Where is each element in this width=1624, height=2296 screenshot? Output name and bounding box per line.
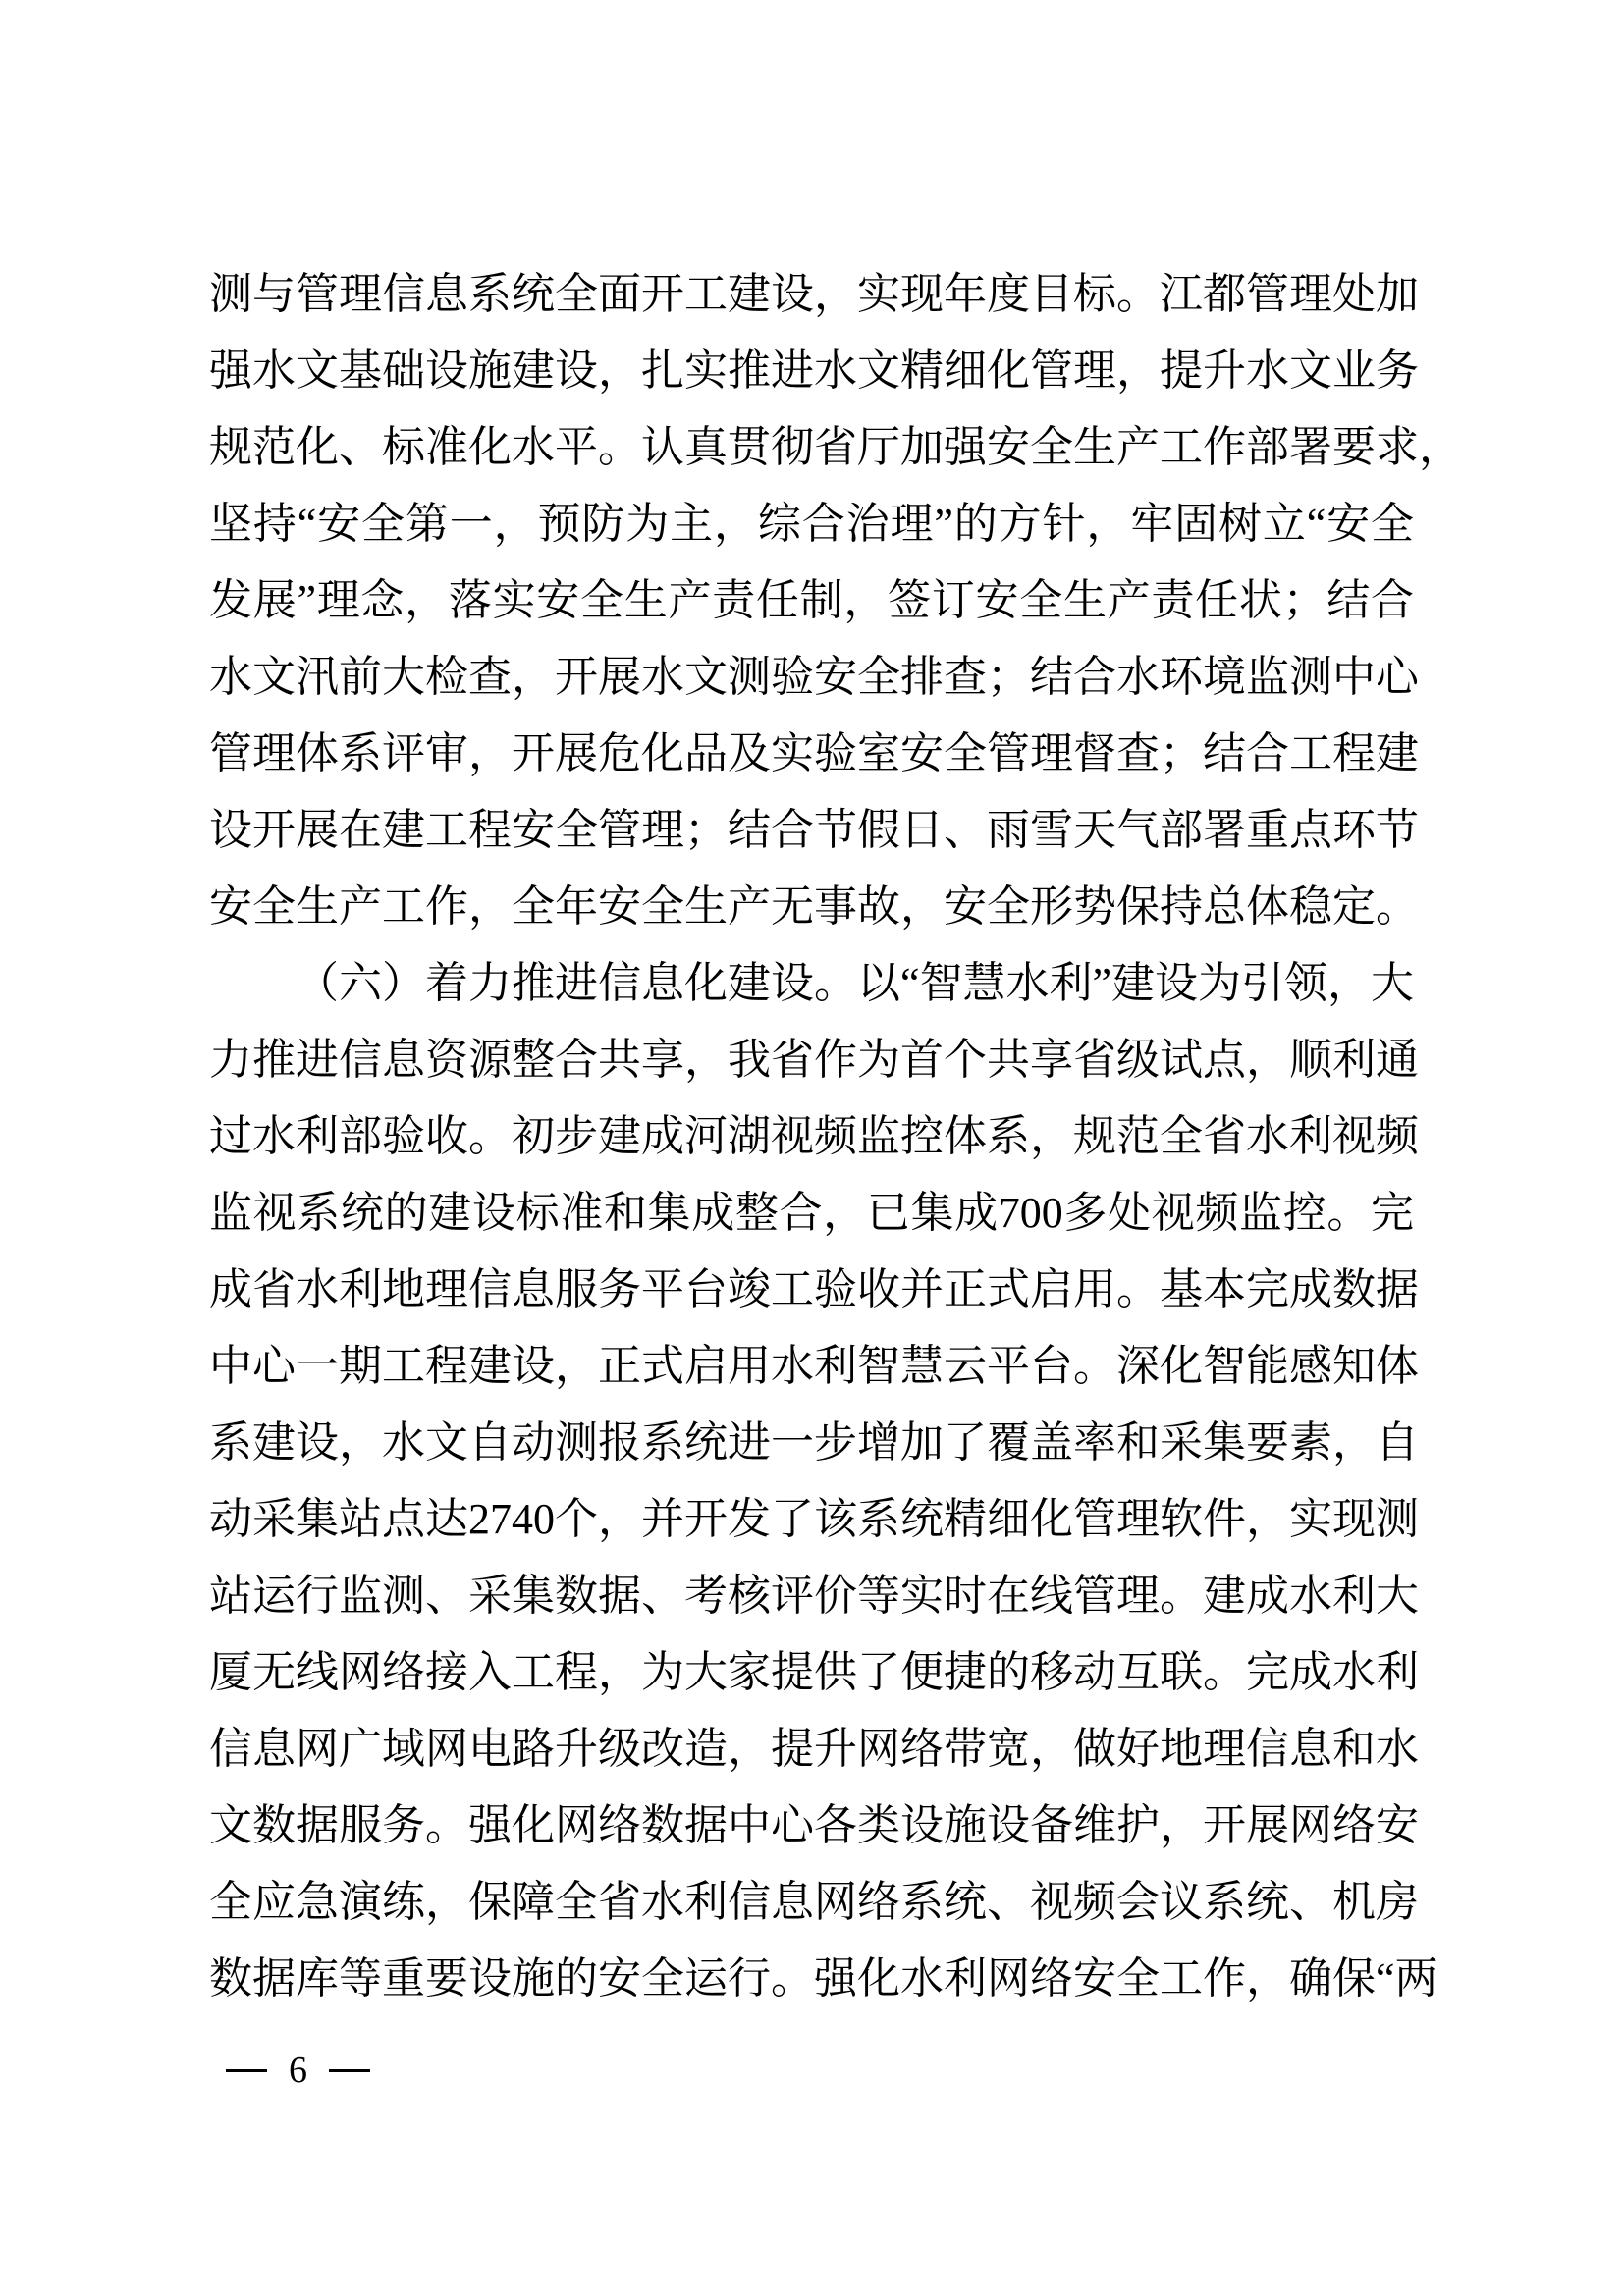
text-line: 坚持“安全第一，预防为主，综合治理”的方针，牢固树立“安全 <box>209 486 1414 562</box>
text-line: 发展”理念，落实安全生产责任制，签订安全生产责任状；结合 <box>209 562 1414 639</box>
document-text: 测与管理信息系统全面开工建设，实现年度目标。江都管理处加 强水文基础设施建设，扎… <box>209 256 1414 2017</box>
document-page: 测与管理信息系统全面开工建设，实现年度目标。江都管理处加 强水文基础设施建设，扎… <box>0 0 1624 2296</box>
text-line: 水文汛前大检查，开展水文测验安全排查；结合水环境监测中心 <box>209 639 1414 716</box>
text-line: 设开展在建工程安全管理；结合节假日、雨雪天气部署重点环节 <box>209 792 1414 869</box>
text-line: 数据库等重要设施的安全运行。强化水利网络安全工作，确保“两 <box>209 1941 1414 2017</box>
footer-page-number: 6 <box>289 2048 307 2093</box>
text-line: 动采集站点达2740个，并开发了该系统精细化管理软件，实现测 <box>209 1481 1414 1558</box>
footer-dash-right <box>329 2069 370 2072</box>
text-line: 管理体系评审，开展危化品及实验室安全管理督查；结合工程建 <box>209 716 1414 792</box>
footer-dash-left <box>226 2069 267 2072</box>
text-line: 安全生产工作，全年安全生产无事故，安全形势保持总体稳定。 <box>209 869 1414 945</box>
text-line: 力推进信息资源整合共享，我省作为首个共享省级试点，顺利通 <box>209 1022 1414 1098</box>
text-line: 中心一期工程建设，正式启用水利智慧云平台。深化智能感知体 <box>209 1328 1414 1405</box>
text-line: 信息网广域网电路升级改造，提升网络带宽，做好地理信息和水 <box>209 1711 1414 1788</box>
text-line: 成省水利地理信息服务平台竣工验收并正式启用。基本完成数据 <box>209 1252 1414 1328</box>
text-line: 监视系统的建设标准和集成整合，已集成700多处视频监控。完 <box>209 1175 1414 1252</box>
text-line: 强水文基础设施建设，扎实推进水文精细化管理，提升水文业务 <box>209 333 1414 409</box>
text-line: 厦无线网络接入工程，为大家提供了便捷的移动互联。完成水利 <box>209 1634 1414 1711</box>
text-line: 文数据服务。强化网络数据中心各类设施设备维护，开展网络安 <box>209 1788 1414 1864</box>
text-line: 系建设，水文自动测报系统进一步增加了覆盖率和采集要素，自 <box>209 1405 1414 1481</box>
text-line-paragraph-start: （六）着力推进信息化建设。以“智慧水利”建设为引领，大 <box>209 945 1414 1022</box>
page-footer: 6 <box>226 2048 370 2093</box>
text-line: 测与管理信息系统全面开工建设，实现年度目标。江都管理处加 <box>209 256 1414 333</box>
text-line: 站运行监测、采集数据、考核评价等实时在线管理。建成水利大 <box>209 1558 1414 1634</box>
text-line: 规范化、标准化水平。认真贯彻省厅加强安全生产工作部署要求， <box>209 409 1414 486</box>
text-line: 过水利部验收。初步建成河湖视频监控体系，规范全省水利视频 <box>209 1098 1414 1175</box>
text-line: 全应急演练，保障全省水利信息网络系统、视频会议系统、机房 <box>209 1864 1414 1941</box>
